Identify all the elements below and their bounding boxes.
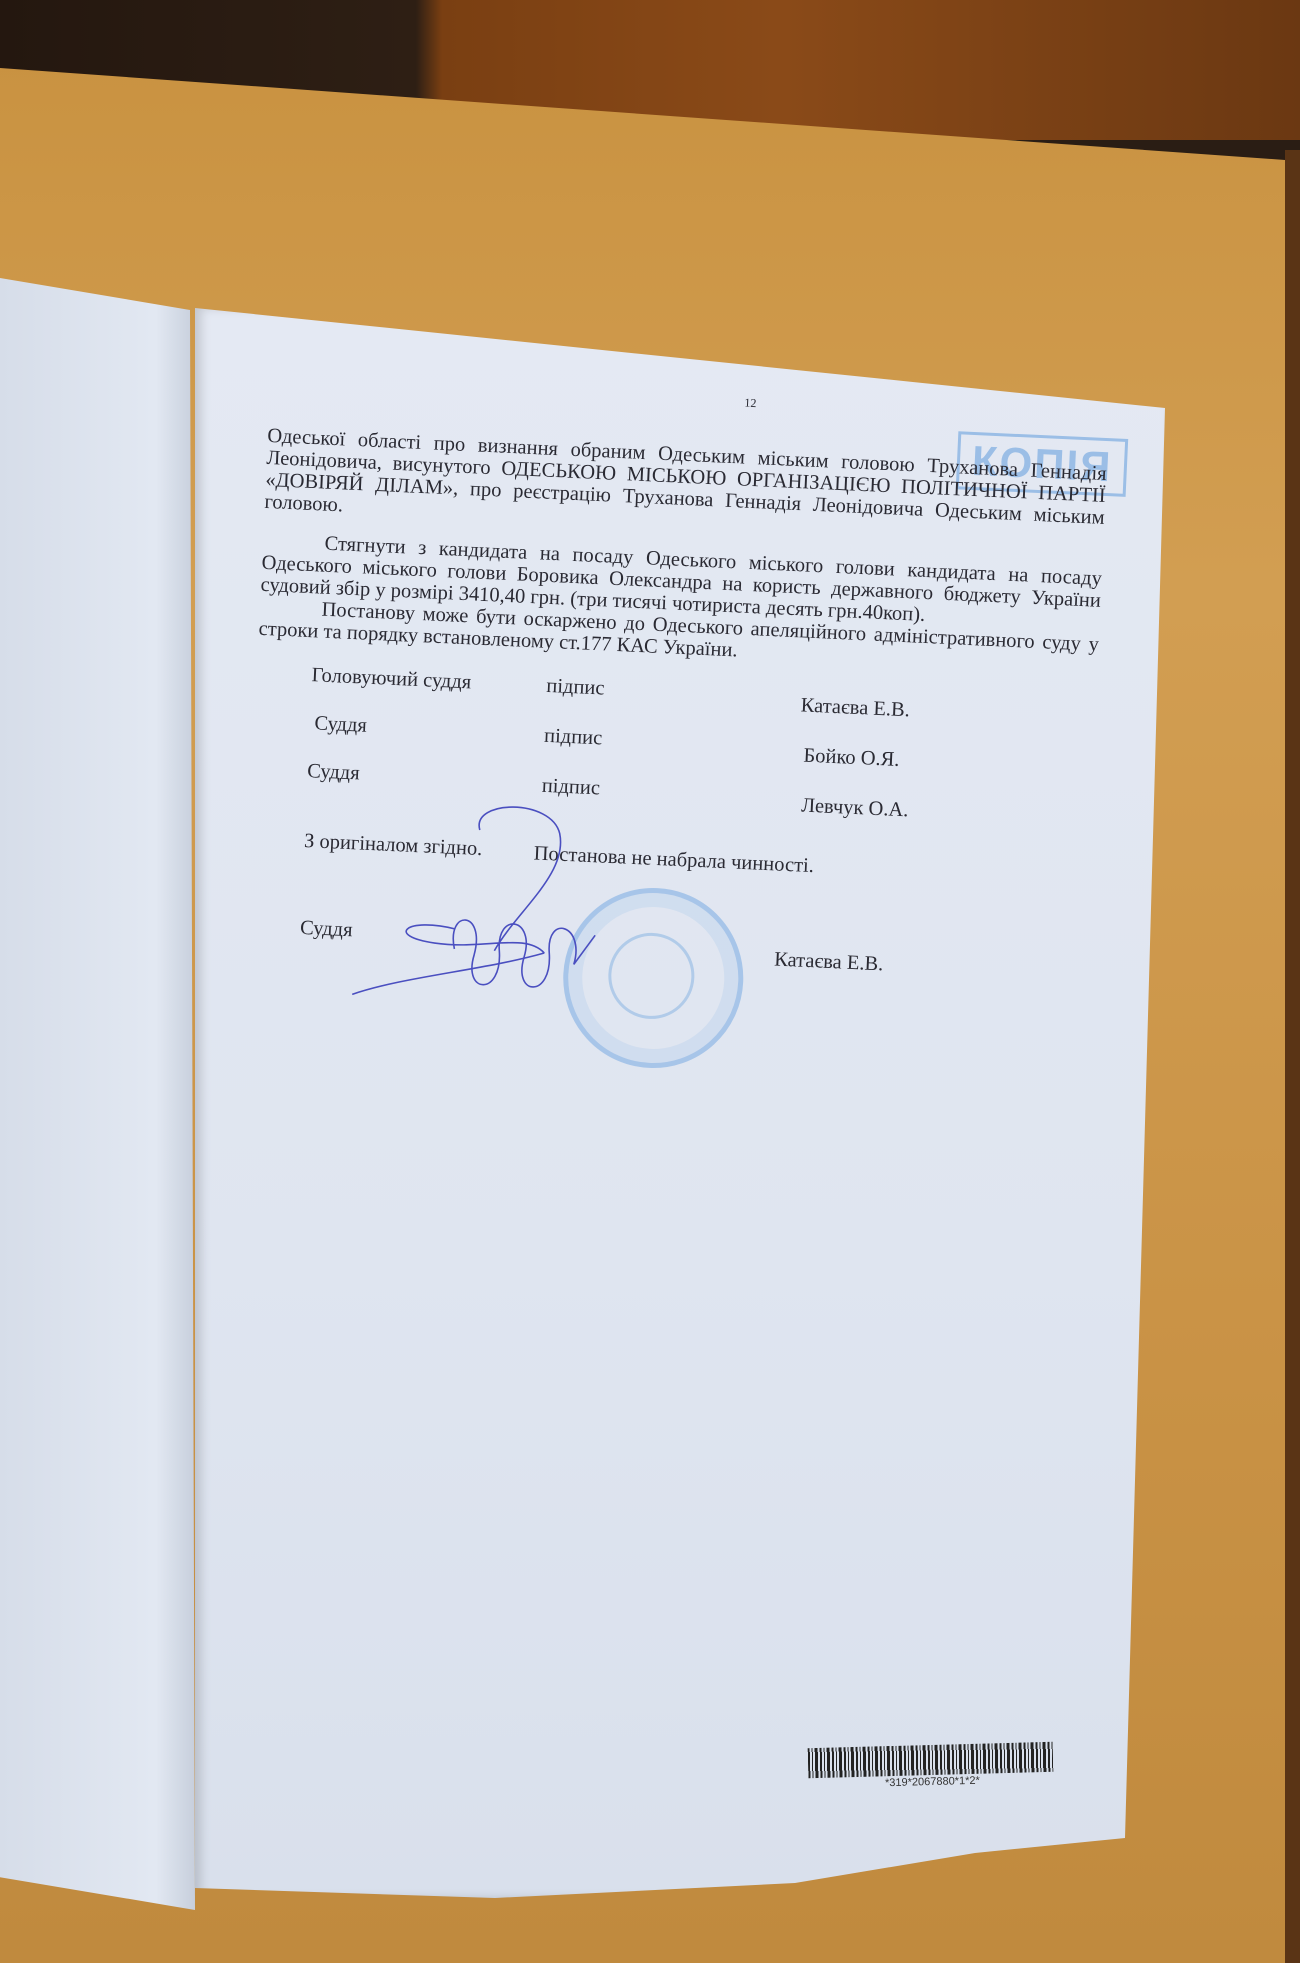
document-barcode	[808, 1742, 1054, 1778]
final-judge-name: Катаєва Е.В.	[774, 948, 884, 976]
signature-role-3: Суддя	[307, 760, 360, 785]
signature-mark-2: підпис	[544, 725, 603, 751]
left-facing-page	[0, 270, 195, 1910]
signature-name-3: Левчук О.А.	[801, 795, 909, 823]
signature-mark-1: підпис	[546, 675, 605, 701]
signature-role-2: Суддя	[314, 712, 367, 737]
barcode-number: *319*2067880*1*2*	[885, 1775, 980, 1789]
signature-name-2: Бойко О.Я.	[803, 745, 900, 772]
handwritten-signature	[342, 794, 631, 1016]
signature-mark-3: підпис	[541, 775, 600, 801]
signature-name-1: Катаєва Е.В.	[800, 694, 910, 722]
desk-edge	[1285, 150, 1300, 1963]
page-number: 12	[744, 396, 757, 412]
